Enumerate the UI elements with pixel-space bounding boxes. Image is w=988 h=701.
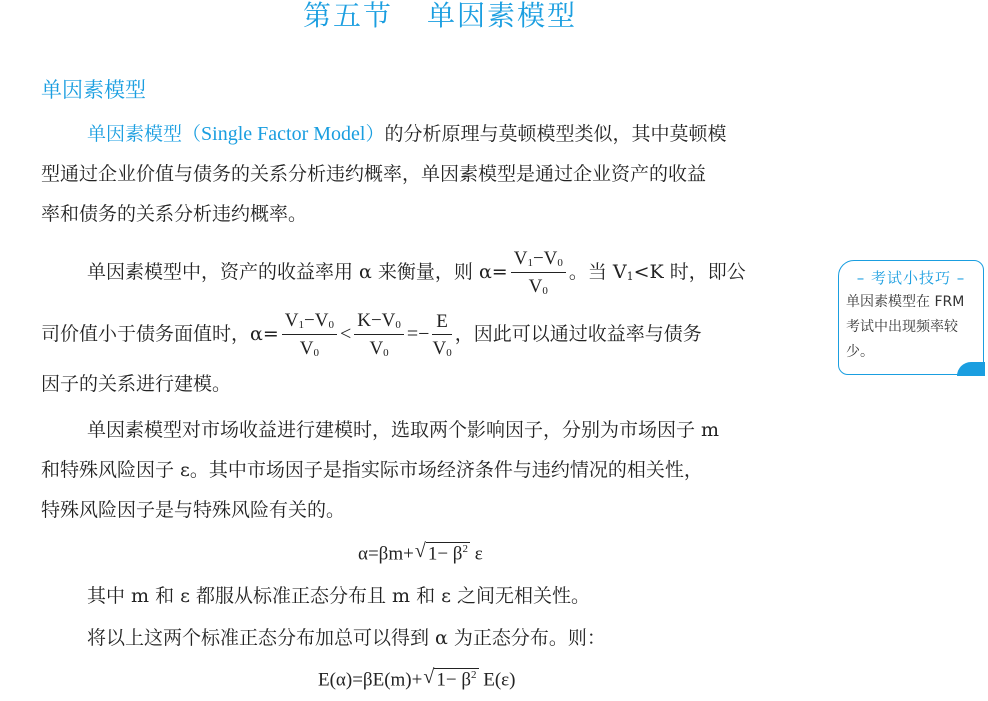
text: 率和债务的关系分析违约概率。 [41, 203, 307, 225]
text: 特殊风险因子是与特殊风险有关的。 [41, 499, 345, 521]
term-english: Single Factor Model [201, 123, 365, 145]
paragraph-intro: 单因素模型（Single Factor Model）的分析原理与莫顿模型类似，其… [41, 114, 831, 234]
text: 单因素模型中，资产的收益率用 α 来衡量，则 α= [87, 261, 508, 283]
paragraph-alpha-line3: 因子的关系进行建模。 [41, 364, 831, 404]
term-close: ） [365, 123, 384, 145]
paragraph-independence: 其中 m 和 ε 都服从标准正态分布且 m 和 ε 之间无相关性。 [87, 576, 877, 616]
tip-heading: – 考试小技巧 – [839, 267, 983, 288]
text: 。当 V [569, 261, 627, 283]
equation-expectation: E(α)=βE(m)+1− β2 E(ε) [318, 668, 516, 691]
fraction-k-minus-v0: K−V0V0 [354, 311, 404, 359]
page-title: 第五节单因素模型 [0, 0, 880, 34]
chapter-title: 单因素模型 [427, 0, 577, 32]
term-highlight: 单因素模型（ [87, 123, 201, 145]
section-heading: 单因素模型 [41, 74, 146, 104]
text: ，因此可以通过收益率与债务 [455, 323, 702, 345]
paragraph-factors: 单因素模型对市场收益进行建模时，选取两个影响因子，分别为市场因子 m 和特殊风险… [41, 410, 831, 530]
text: <K 时，即公 [634, 261, 746, 283]
fraction-e-over-v0: EV0 [432, 312, 451, 359]
fraction-v1-minus-v0: V1−V0V0 [511, 249, 566, 297]
paragraph-alpha-line2: 司价值小于债务面值时，α=V1−V0V0<K−V0V0=−EV0，因此可以通过收… [41, 308, 831, 360]
paragraph-alpha-line1: 单因素模型中，资产的收益率用 α 来衡量，则 α=V1−V0V0。当 V1<K … [87, 246, 877, 303]
equals-minus: =− [407, 323, 430, 345]
text: 型通过企业价值与债务的关系分析违约概率，单因素模型是通过企业资产的收益 [41, 163, 706, 185]
exam-tip-box: – 考试小技巧 – 单因素模型在 FRM 考试中出现频率较少。 [838, 260, 984, 375]
paragraph-sum: 将以上这两个标准正态分布加总可以得到 α 为正态分布。则： [87, 618, 877, 658]
text: 司价值小于债务面值时，α= [41, 323, 279, 345]
fraction-v1-minus-v0: V1−V0V0 [282, 311, 337, 359]
text: 的分析原理与莫顿模型类似，其中莫顿模 [384, 123, 726, 145]
equation-alpha: α=βm+1− β2 ε [358, 542, 483, 565]
chapter-label: 第五节 [303, 0, 393, 32]
tip-body: 单因素模型在 FRM 考试中出现频率较少。 [839, 288, 983, 365]
text: 和特殊风险因子 ε。其中市场因子是指实际市场经济条件与违约情况的相关性， [41, 459, 703, 481]
text: 单因素模型对市场收益进行建模时，选取两个影响因子，分别为市场因子 m [87, 419, 719, 441]
less-than: < [340, 323, 351, 345]
